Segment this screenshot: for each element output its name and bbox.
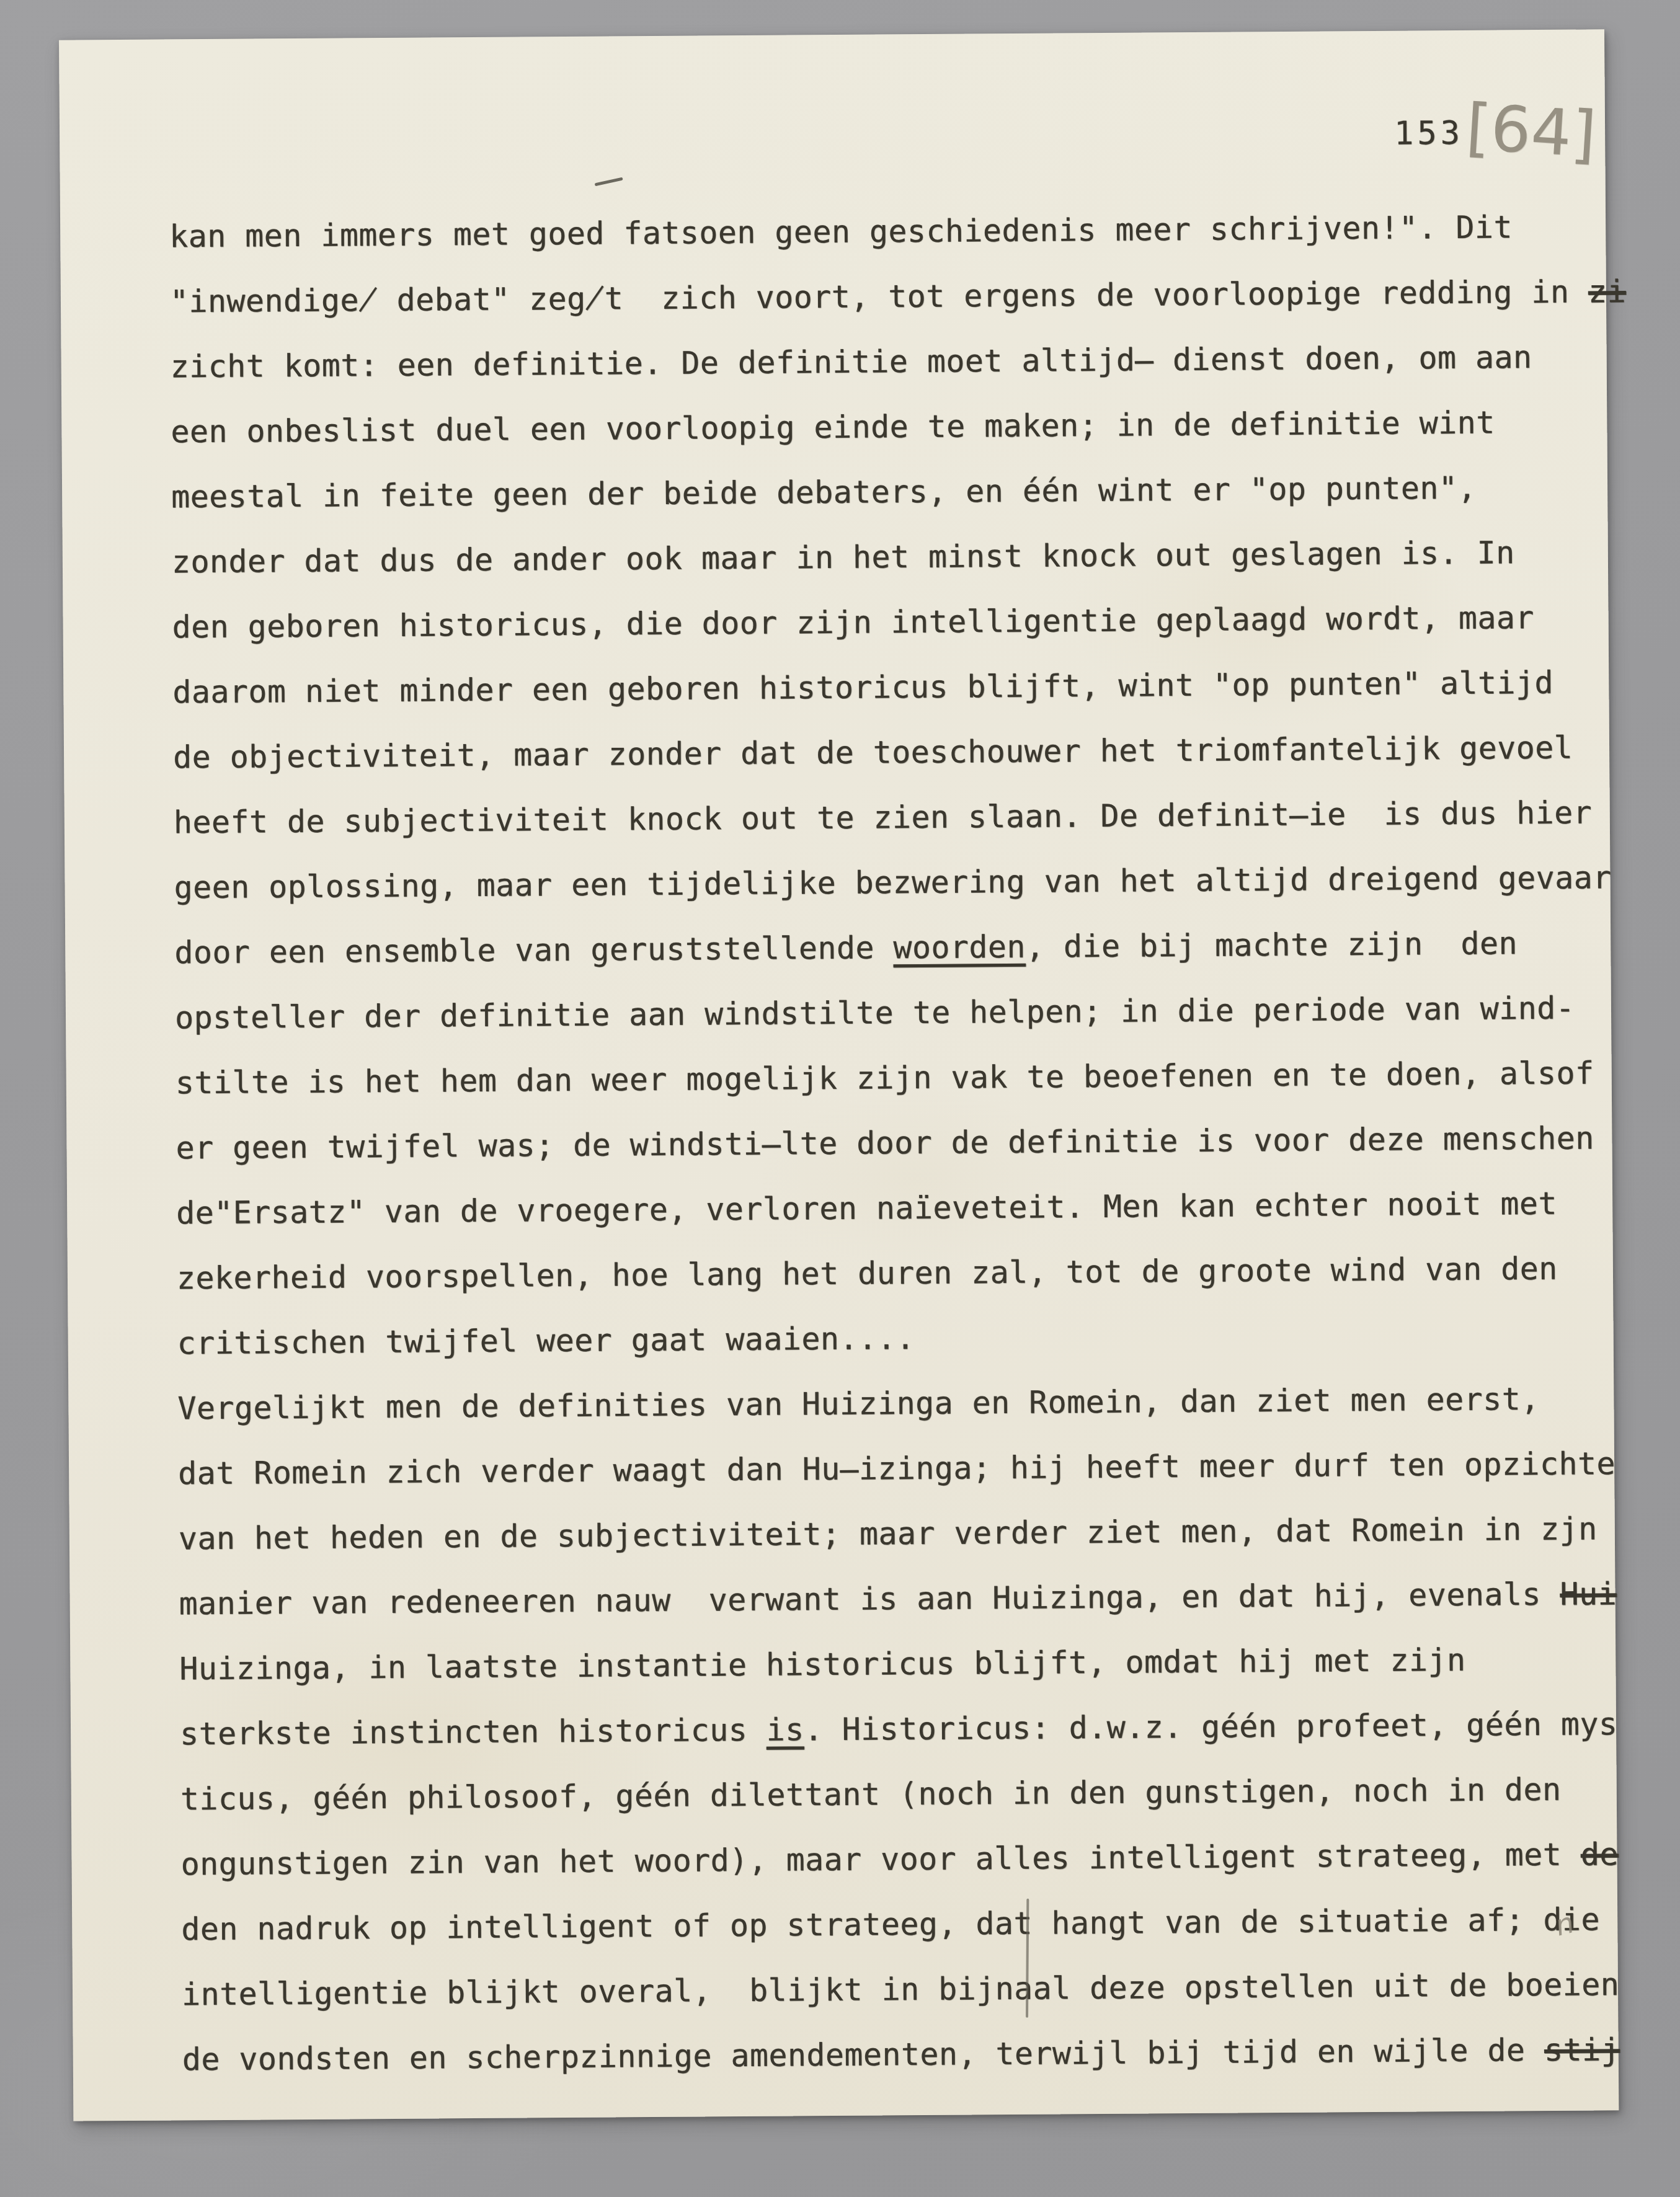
typescript-text-block: kan men immers met goed fatsoen geen ges…: [169, 194, 1621, 2092]
typescript-text: de objectiviteit, maar zonder dat de toe…: [173, 730, 1573, 776]
typescript-text: meestal in feite geen der beide debaters…: [171, 470, 1477, 515]
typescript-line: opsteller der definitie aan windstilte t…: [175, 975, 1614, 1050]
typescript-text: de"Ersatz" van de vroegere, verloren naï…: [176, 1186, 1557, 1232]
typescript-line: ticus, géén philosoof, géén dilettant (n…: [180, 1757, 1619, 1832]
typescript-line: de vondsten en scherpzinnige amendemente…: [182, 2017, 1621, 2092]
typescript-text: daarom niet minder een geboren historicu…: [172, 665, 1553, 711]
typescript-text: heeft de subjectiviteit knock out te zie…: [174, 794, 1593, 840]
typescript-line: meestal in feite geen der beide debaters…: [171, 455, 1611, 530]
typescript-line: geen oplossing, maar een tijdelijke bezw…: [174, 845, 1613, 920]
typescript-line: stilte is het hem dan weer mogelijk zijn…: [175, 1041, 1614, 1116]
typescript-text: van het heden en de subjectiviteit; maar…: [179, 1511, 1598, 1556]
typescript-line: den geboren historicus, die door zijn in…: [172, 585, 1611, 660]
typed-page-number: 153: [1394, 115, 1464, 153]
typescript-underline-text: is: [766, 1711, 804, 1747]
typescript-text: . Historicus: d.w.z. géén profeet, géén …: [804, 1706, 1617, 1747]
typescript-text: geen oplossing, maar een tijdelijke bezw…: [174, 859, 1612, 905]
typescript-text: intelligentie blijkt overal, blijkt in b…: [182, 1966, 1620, 2012]
typescript-line: er geen twijfel was; de windsti̶lte door…: [176, 1106, 1615, 1181]
typescript-line: den nadruk op intelligent of op strateeg…: [181, 1887, 1620, 1962]
typescript-line: zicht komt: een definitie. De definitie …: [170, 324, 1609, 399]
typescript-strike-text: zi: [1588, 273, 1626, 309]
typescript-line: dat Romein zich verder waagt dan Hu̶izin…: [178, 1431, 1617, 1506]
typescript-line: zekerheid voorspellen, hoe lang het dure…: [177, 1236, 1616, 1311]
typescript-line: door een ensemble van geruststellende wo…: [174, 910, 1614, 985]
typescript-line: zonder dat dus de ander ook maar in het …: [172, 520, 1611, 595]
handwritten-page-number: [64]: [1464, 91, 1598, 172]
typescript-line: Huizinga, in laatste instantie historicu…: [179, 1627, 1619, 1702]
typescript-text: critischen twijfel weer gaat waaien....: [177, 1320, 915, 1361]
typescript-text: dat Romein zich verder waagt dan Hu̶izin…: [178, 1445, 1616, 1491]
typescript-text: zekerheid voorspellen, hoe lang het dure…: [177, 1251, 1558, 1297]
scanned-document-background: 153 [64] kan men immers met goed fatsoen…: [0, 0, 1680, 2197]
typescript-text: door een ensemble van geruststellende: [174, 930, 893, 970]
typescript-line: van het heden en de subjectiviteit; maar…: [179, 1496, 1618, 1571]
typescript-text: Vergelijkt men de definities van Huizing…: [177, 1381, 1540, 1426]
manuscript-page: 153 [64] kan men immers met goed fatsoen…: [59, 29, 1619, 2121]
typescript-text: den geboren historicus, die door zijn in…: [172, 600, 1534, 645]
typescript-text: manier van redeneeren nauw verwant is aa…: [179, 1576, 1560, 1622]
typescript-text: zonder dat dus de ander ook maar in het …: [172, 535, 1515, 580]
typescript-line: intelligentie blijkt overal, blijkt in b…: [182, 1952, 1621, 2027]
typescript-text: de vondsten en scherpzinnige amendemente…: [182, 2032, 1545, 2077]
typescript-text: zicht komt: een definitie. De definitie …: [171, 339, 1532, 384]
typescript-text: den nadruk op intelligent of op strateeg…: [181, 1901, 1600, 1947]
typescript-underline-text: woorden: [893, 929, 1026, 965]
typescript-text: Huizinga, in laatste instantie historicu…: [179, 1642, 1466, 1687]
typescript-text: ongunstigen zin van het woord), maar voo…: [180, 1837, 1581, 1883]
typescript-line: ongunstigen zin van het woord), maar voo…: [180, 1822, 1620, 1897]
typescript-strike-text: stij: [1544, 2031, 1620, 2068]
typescript-text: "inwendige̸ debat" zeg̸t zich voort, tot…: [170, 273, 1588, 319]
typescript-line: de"Ersatz" van de vroegere, verloren naï…: [176, 1171, 1616, 1246]
typescript-line: "inwendige̸ debat" zeg̸t zich voort, tot…: [170, 259, 1609, 334]
typescript-text: stilte is het hem dan weer mogelijk zijn…: [176, 1055, 1594, 1101]
typescript-strike-text: Hui: [1560, 1576, 1617, 1612]
typescript-strike-text: de: [1581, 1836, 1619, 1872]
typescript-line: manier van redeneeren nauw verwant is aa…: [179, 1561, 1618, 1636]
typescript-line: daarom niet minder een geboren historicu…: [172, 650, 1612, 725]
typescript-text: er geen twijfel was; de windsti̶lte door…: [176, 1120, 1594, 1166]
typescript-line: de objectiviteit, maar zonder dat de toe…: [173, 715, 1612, 790]
typescript-line: een onbeslist duel een voorloopig einde …: [171, 389, 1610, 464]
typescript-line: critischen twijfel weer gaat waaien....: [177, 1301, 1616, 1376]
typescript-line: sterkste instincten historicus is. Histo…: [180, 1692, 1619, 1767]
typescript-text: opsteller der definitie aan windstilte t…: [175, 990, 1575, 1036]
typescript-line: heeft de subjectiviteit knock out te zie…: [173, 780, 1612, 855]
typescript-text: een onbeslist duel een voorloopig einde …: [171, 405, 1495, 450]
stray-ink-mark: [595, 177, 623, 187]
typescript-text: kan men immers met goed fatsoen geen ges…: [169, 209, 1513, 254]
typescript-text: sterkste instincten historicus: [180, 1712, 767, 1752]
typescript-line: kan men immers met goed fatsoen geen ges…: [169, 194, 1609, 269]
typescript-line: Vergelijkt men de definities van Huizing…: [177, 1366, 1617, 1441]
typescript-text: ticus, géén philosoof, géén dilettant (n…: [180, 1772, 1562, 1818]
typescript-text: , die bij machte zijn den: [1026, 925, 1518, 965]
